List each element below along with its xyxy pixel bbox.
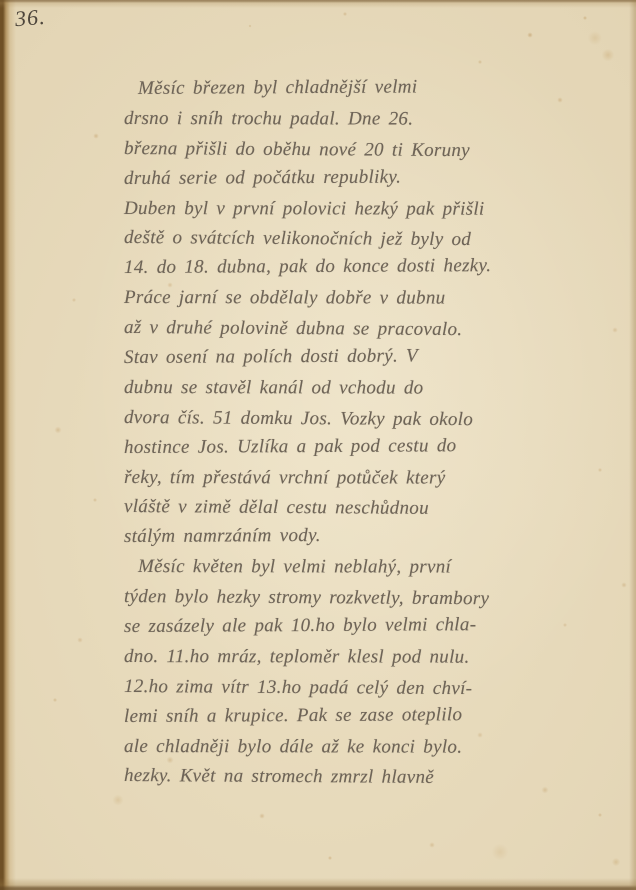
manuscript-line: 14. do 18. dubna, pak do konce dosti hez… xyxy=(124,251,576,283)
manuscript-line: řeky, tím přestává vrchní potůček který xyxy=(124,463,576,494)
manuscript-page: 36. Měsíc březen byl chladnější velmidrs… xyxy=(0,0,636,890)
manuscript-line: Měsíc březen byl chladnější velmi xyxy=(124,72,576,104)
manuscript-line: Stav osení na polích dosti dobrý. V xyxy=(124,341,576,373)
manuscript-line: drsno i sníh trochu padal. Dne 26. xyxy=(124,104,576,135)
manuscript-line: druhá serie od počátku republiky. xyxy=(124,161,576,193)
manuscript-line: Duben byl v první polovici hezký pak při… xyxy=(124,194,576,225)
page-edge-bottom xyxy=(0,878,636,890)
page-edge-left xyxy=(0,0,16,890)
page-number: 36. xyxy=(14,4,47,33)
manuscript-line: Měsíc květen byl velmi neblahý, první xyxy=(124,552,576,583)
manuscript-line: lemi sníh a krupice. Pak se zase oteplil… xyxy=(124,699,576,731)
manuscript-line: stálým namrzáním vody. xyxy=(124,520,576,552)
manuscript-line: hostince Jos. Uzlíka a pak pod cestu do xyxy=(124,430,576,462)
manuscript-text: Měsíc březen byl chladnější velmidrsno i… xyxy=(124,74,576,791)
manuscript-line: se zasázely ale pak 10.ho bylo velmi chl… xyxy=(124,610,576,642)
manuscript-line: dubnu se stavěl kanál od vchodu do xyxy=(124,373,576,404)
page-edge-right xyxy=(629,0,636,890)
page-edge-top xyxy=(0,0,636,8)
manuscript-line: ale chladněji bylo dále až ke konci bylo… xyxy=(124,732,576,763)
manuscript-line: Práce jarní se obdělaly dobře v dubnu xyxy=(124,283,576,314)
manuscript-line: hezky. Květ na stromech zmrzl hlavně xyxy=(124,761,576,794)
manuscript-line: dno. 11.ho mráz, teploměr klesl pod nulu… xyxy=(124,642,576,673)
